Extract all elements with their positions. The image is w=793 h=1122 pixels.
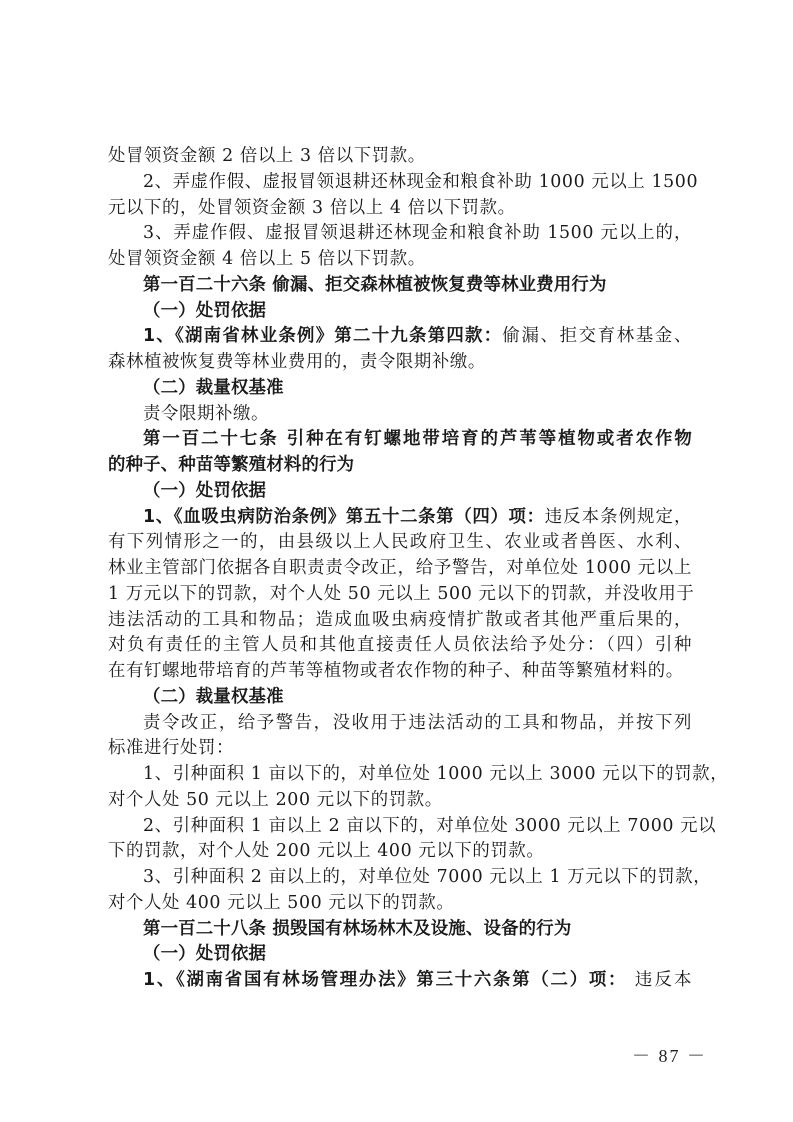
body-line: 对个人处 50 元以上 200 元以下的罚款。 bbox=[108, 788, 692, 814]
article-heading-128: 第一百二十八条 损毁国有林场林木及设施、设备的行为 bbox=[108, 917, 692, 943]
section-heading-penalty-basis: （一）处罚依据 bbox=[108, 479, 692, 505]
legal-basis-line: 1、《湖南省林业条例》第二十九条第四款：偷漏、拒交育林基金、 bbox=[108, 324, 692, 350]
legal-basis-line: 1、《湖南省国有林场管理办法》第三十六条第（二）项： 违反本 bbox=[108, 968, 692, 994]
section-heading-discretion-standard: （二）裁量权基准 bbox=[108, 376, 692, 402]
body-line: 1 万元以下的罚款，对个人处 50 元以上 500 元以下的罚款，并没收用于 bbox=[108, 582, 692, 608]
section-heading-penalty-basis: （一）处罚依据 bbox=[108, 942, 692, 968]
document-page: 处冒领资金额 2 倍以上 3 倍以下罚款。 2、弄虚作假、虚报冒领退耕还林现金和… bbox=[108, 144, 692, 994]
page-number: － 87 － bbox=[632, 1042, 707, 1068]
body-line: 处冒领资金额 4 倍以上 5 倍以下罚款。 bbox=[108, 247, 692, 273]
body-line: 责令改正，给予警告，没收用于违法活动的工具和物品，并按下列 bbox=[108, 711, 692, 737]
body-line: 元以下的，处冒领资金额 3 倍以上 4 倍以下罚款。 bbox=[108, 196, 692, 222]
body-line: 标准进行处罚： bbox=[108, 736, 692, 762]
legal-citation: 1、《湖南省林业条例》第二十九条第四款： bbox=[143, 326, 502, 346]
body-line: 3、引种面积 2 亩以上的，对单位处 7000 元以上 1 万元以下的罚款， bbox=[108, 865, 692, 891]
article-heading-126: 第一百二十六条 偷漏、拒交森林植被恢复费等林业费用行为 bbox=[108, 273, 692, 299]
body-line: 对个人处 400 元以上 500 元以下的罚款。 bbox=[108, 891, 692, 917]
body-line: 处冒领资金额 2 倍以上 3 倍以下罚款。 bbox=[108, 144, 692, 170]
legal-text: 违反本条例规定， bbox=[545, 507, 692, 527]
body-line: 对负有责任的主管人员和其他直接责任人员依法给予处分：（四）引种 bbox=[108, 633, 692, 659]
article-heading-127: 第一百二十七条 引种在有钉螺地带培育的芦苇等植物或者农作物 bbox=[108, 427, 692, 453]
body-line: 森林植被恢复费等林业费用的，责令限期补缴。 bbox=[108, 350, 692, 376]
body-line: 3、弄虚作假、虚报冒领退耕还林现金和粮食补助 1500 元以上的， bbox=[108, 221, 692, 247]
body-line: 林业主管部门依据各自职责责令改正，给予警告，对单位处 1000 元以上 bbox=[108, 556, 692, 582]
body-line: 违法活动的工具和物品；造成血吸虫病疫情扩散或者其他严重后果的， bbox=[108, 608, 692, 634]
body-line: 在有钉螺地带培育的芦苇等植物或者农作物的种子、种苗等繁殖材料的。 bbox=[108, 659, 692, 685]
article-heading-127-cont: 的种子、种苗等繁殖材料的行为 bbox=[108, 453, 692, 479]
body-line: 下的罚款，对个人处 200 元以上 400 元以下的罚款。 bbox=[108, 839, 692, 865]
body-line: 有下列情形之一的，由县级以上人民政府卫生、农业或者兽医、水利、 bbox=[108, 530, 692, 556]
body-line: 2、引种面积 1 亩以上 2 亩以下的，对单位处 3000 元以上 7000 元… bbox=[108, 814, 692, 840]
body-line: 1、引种面积 1 亩以下的，对单位处 1000 元以上 3000 元以下的罚款， bbox=[108, 762, 692, 788]
section-heading-discretion-standard: （二）裁量权基准 bbox=[108, 685, 692, 711]
section-heading-penalty-basis: （一）处罚依据 bbox=[108, 299, 692, 325]
legal-text: 偷漏、拒交育林基金、 bbox=[502, 326, 692, 346]
legal-citation: 1、《湖南省国有林场管理办法》第三十六条第（二）项： bbox=[143, 970, 627, 990]
legal-basis-line: 1、《血吸虫病防治条例》第五十二条第（四）项：违反本条例规定， bbox=[108, 505, 692, 531]
body-line: 2、弄虚作假、虚报冒领退耕还林现金和粮食补助 1000 元以上 1500 bbox=[108, 170, 692, 196]
body-line: 责令限期补缴。 bbox=[108, 402, 692, 428]
legal-text: 违反本 bbox=[627, 970, 692, 990]
legal-citation: 1、《血吸虫病防治条例》第五十二条第（四）项： bbox=[143, 507, 545, 527]
